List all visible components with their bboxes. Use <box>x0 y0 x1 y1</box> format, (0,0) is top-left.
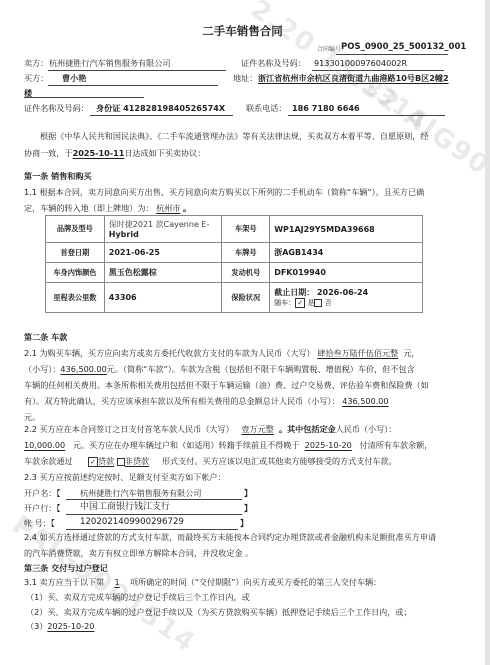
article3-p31: 3.1 卖方应当于以下第 1 项所确定的时间（“交付期限”）向买方或买方委托的第… <box>24 577 381 588</box>
underline <box>288 115 445 116</box>
checkbox-empty-icon[interactable] <box>117 458 125 466</box>
deposit-upper: 壹万元整 <box>241 424 273 434</box>
article3-opt2: （2）买、卖双方完成车辆的过户登记手续以及（为买方贷款购买车辆）抵押登记手续后三… <box>26 607 412 618</box>
cell-label: 里程表公里数 <box>46 283 105 313</box>
article1-p1-line1: 1.1 根据本合同，卖方同意向买方出售、买方同意向卖方购买以下所列的二手机动车（… <box>24 187 424 198</box>
article1-heading: 第一条 销售和购买 <box>24 171 92 182</box>
text: 定，车辆的转入地（即上牌地）为： <box>24 203 154 213</box>
text: 保时捷2021 款Cayenne E- <box>109 220 210 229</box>
account-name-label: 开户名：【 <box>24 488 60 499</box>
cell-label: 车架号 <box>222 216 270 243</box>
text: （小写）： <box>24 364 60 374</box>
preamble-line1: 根据《中华人民共和国民法典》、《二手车流通管理办法》等有关法律法规，买卖双方本着… <box>40 131 429 142</box>
text: 协商一致，于 <box>24 148 73 158</box>
cell-insurance: 截止日期： 2026-06-24 随车：✓ 是 否 <box>270 283 423 313</box>
article2-p21-line3: 车辆的任何相关费用。本条所称相关费用包括但不限于车辆运输（油）费、过户交易费、评… <box>24 380 429 391</box>
text: 随车： <box>274 299 295 307</box>
text: 元。（简称“车款”）。车款为含税（包括但不限于车辆购置税、增值税）车价，但不包含 <box>107 364 415 374</box>
buyer-label: 买方： <box>24 73 48 84</box>
text: 元， <box>403 348 419 358</box>
article2-p21-line5: 元。 <box>24 412 40 423</box>
bracket: 】 <box>244 488 252 499</box>
price-lower: 436,500.00 <box>60 364 106 374</box>
destination-city: 杭州市 <box>156 203 180 213</box>
text: 2.1 为购买车辆，买方应向卖方或卖方委托代收款方支付的车款为人民币（大写） <box>24 348 315 358</box>
buyer-name: 曹小艳 <box>62 73 86 84</box>
seller-id: 91330100097604002R <box>314 58 407 69</box>
account-no-label: 帐 号：【 <box>24 518 55 529</box>
underline <box>48 85 218 86</box>
loan-option: 贷款 <box>98 456 114 466</box>
table-row: 首登日期 2021-06-25 车牌号 浙AGB1434 <box>46 243 423 263</box>
underline <box>66 529 238 530</box>
buyer-address: 浙江省杭州市余杭区良渚街道九曲港路10号B区2幢2 <box>258 73 449 84</box>
total-lower: 436,500.00 <box>342 396 388 406</box>
article1-p1-line2: 定，车辆的转入地（即上牌地）为： 杭州市 。 <box>24 203 191 214</box>
insurance-with-car: 随车：✓ 是 否 <box>274 298 418 308</box>
article3-heading: 第三条 交付与过户登记 <box>24 563 108 574</box>
seller-name: 杭州捷胜行汽车销售服务有限公司 <box>49 58 170 69</box>
bracket: 】 <box>240 518 248 529</box>
buyer-id-label: 证件名称及号码： <box>24 103 89 114</box>
article2-p21-line4: 有）。双方特此确认，买方应该承担车款以及所有相关费用的总金额总计人民币（小写）：… <box>24 396 389 407</box>
text: （3） <box>26 621 47 631</box>
insurance-expiry: 截止日期： 2026-06-24 <box>274 287 418 298</box>
scrollbar-track[interactable] <box>485 0 490 665</box>
text: 3.1 卖方应当于以下第 <box>24 577 104 587</box>
text: 元。买方应在办理车辆过户和（如适用）转籍手续前且不得晚于 <box>73 440 300 450</box>
article2-p21-line2: （小写）：436,500.00元。（简称“车款”）。车款为含税（包括但不限于车辆… <box>24 364 415 375</box>
text: 。 <box>183 203 191 213</box>
text: 是 <box>307 299 314 307</box>
article2-p24-line2: 的汽车消费贷款，卖方有权立即单方解除本合同，并没收定金 。 <box>24 548 253 559</box>
cell-label: 首登日期 <box>46 243 105 263</box>
nonloan-option: 非贷款 <box>125 456 149 466</box>
checkbox-empty-icon[interactable] <box>314 299 322 307</box>
article2-p21-line1: 2.1 为购买车辆，买方应向卖方或卖方委托代收款方支付的车款为人民币（大写） 肆… <box>24 348 420 359</box>
cell-label: 车身内饰颜色 <box>46 263 105 283</box>
text: 日达成如下买卖协议： <box>124 148 205 158</box>
article2-heading: 第二条 车款 <box>24 332 67 343</box>
article2-p22-line1: 2.2 买方应在本合同签订之日支付首笔车款人民币（大写） 壹万元整 。其中包括定… <box>24 424 396 435</box>
bracket: 】 <box>244 503 252 514</box>
cell-label: 保险状况 <box>222 283 270 313</box>
buyer-id: 身份证 41282819840526574X <box>96 103 225 114</box>
delivery-date: 2025-10-20 <box>47 621 94 631</box>
article2-p23: 2.3 买方应按前述约定按时、足额支付至卖方如下帐户： <box>24 472 226 483</box>
buyer-phone: 186 7180 6646 <box>292 103 360 114</box>
bank-name: 中国工商银行钱江支行 <box>80 502 170 513</box>
underline <box>66 499 242 500</box>
text: 。其中包括定金 <box>279 424 336 434</box>
underline <box>48 70 226 71</box>
cell-engine-no: DFK019940 <box>270 263 423 283</box>
underline <box>336 54 448 55</box>
document-title: 二手车销售合同 <box>0 23 485 39</box>
contract-page: 2.20 15:32 AIG900 1314 PAIG9001314 二手车销售… <box>0 0 485 665</box>
table-row: 品牌及型号 保时捷2021 款Cayenne E-Hybrid 车架号 WP1A… <box>46 216 423 243</box>
checkbox-checked-icon[interactable]: ✓ <box>295 298 305 308</box>
delivery-item-no: 1 <box>115 577 120 587</box>
text: 有）。双方特此确认，买方应该承担车款以及所有相关费用的总金额总计人民币（小写）： <box>24 396 340 406</box>
article2-p22-line3: 车款余款通过 ✓贷款 非贷款 形式支付。买方应该以电汇或其他卖方能够接受的方式支… <box>24 456 397 467</box>
phone-label: 联系电话： <box>246 103 286 114</box>
account-no: 1202021409900296729 <box>80 517 184 528</box>
seller-id-label: 证件名称及号码： <box>241 58 306 69</box>
underline <box>312 70 444 71</box>
underline <box>90 115 233 116</box>
article2-p24-line1: 2.4 如买方选择通过贷款的方式支付车款，而最终买方未能按本合同约定办理贷款或者… <box>24 532 436 543</box>
cell-mileage: 43306 <box>104 283 222 313</box>
account-name: 杭州捷胜行汽车销售服务有限公司 <box>80 488 201 499</box>
preamble-line2: 协商一致，于2025-10-11日达成如下买卖协议： <box>24 148 205 159</box>
deposit-lower: 10,000.00 <box>24 440 65 450</box>
cell-color: 黑玉色松露棕 <box>104 263 222 283</box>
article2-p22-line2: 10,000.00 元。买方应在办理车辆过户和（如适用）转籍手续前且不得晚于 2… <box>24 440 432 451</box>
seller-label: 卖方： <box>24 58 48 69</box>
article3-opt1: （1）买、卖双方完成车辆的过户登记手续后三个工作日内，或 <box>26 592 250 603</box>
underline <box>66 514 242 515</box>
text: 否 <box>325 299 332 307</box>
cell-vin: WP1AJ29Y5MDA39668 <box>270 216 423 243</box>
text: Hybrid <box>109 230 139 239</box>
table-row: 里程表公里数 43306 保险状况 截止日期： 2026-06-24 随车：✓ … <box>46 283 423 313</box>
cell-first-reg-date: 2021-06-25 <box>104 243 222 263</box>
cell-label: 发动机号 <box>222 263 270 283</box>
vehicle-info-table: 品牌及型号 保时捷2021 款Cayenne E-Hybrid 车架号 WP1A… <box>45 215 423 313</box>
cell-plate: 浙AGB1434 <box>270 243 423 263</box>
text: 形式支付。买方应该以电汇或其他卖方能够接受的方式支付车款。 <box>162 456 397 466</box>
table-row: 车身内饰颜色 黑玉色松露棕 发动机号 DFK019940 <box>46 263 423 283</box>
agreement-date: 2025-10-11 <box>73 148 125 158</box>
text: 车款余款通过 <box>24 456 73 466</box>
contract-no: POS_0900_25_500132_001 <box>341 42 466 53</box>
cell-brand-model: 保时捷2021 款Cayenne E-Hybrid <box>104 216 222 243</box>
payment-deadline: 2025-10-20 <box>305 440 352 450</box>
cell-label: 品牌及型号 <box>46 216 105 243</box>
cell-label: 车牌号 <box>222 243 270 263</box>
price-upper: 肆拾叁万陆仟伍佰元整 <box>317 348 398 358</box>
text: 项所确定的时间（“交付期限”）向买方或买方委托的第三人交付车辆： <box>130 577 381 587</box>
bank-label: 开户行：【 <box>24 503 60 514</box>
text: 付清所有车款余额， <box>359 440 432 450</box>
underline <box>24 97 144 98</box>
article3-opt3: （3）2025-10-20 <box>26 621 94 632</box>
text: 2.2 买方应在本合同签订之日支付首笔车款人民币（大写） <box>24 424 234 434</box>
text: 人民币（小写）： <box>336 424 397 434</box>
checkbox-checked-icon[interactable]: ✓ <box>88 457 98 467</box>
address-label: 地址： <box>233 73 257 84</box>
